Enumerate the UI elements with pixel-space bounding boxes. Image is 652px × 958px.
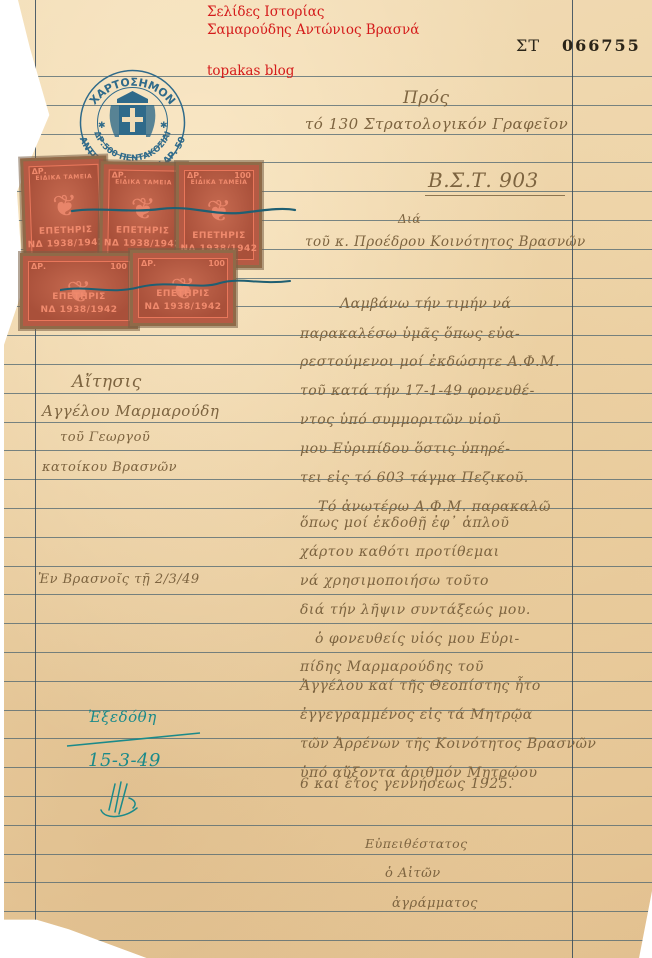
closing-illiterate-note: ἀγράμματος [392, 896, 478, 911]
body-line: νά χρησιμοποιήσω τοῦτο [300, 573, 489, 589]
closing-applicant: ὁ Αἰτῶν [385, 866, 441, 881]
stamp-header: ΕΙΔΙΚΑ ΤΑΜΕΙΑ [179, 179, 259, 186]
body-line: παρακαλέσω ὑμᾶς ὅπως εὐα- [300, 326, 520, 342]
application-title: Αἴτησις [72, 372, 142, 392]
closing-salutation: Εὐπειθέστατος [365, 836, 468, 851]
body-line: Τό ἀνωτέρω Α.Φ.Μ. παρακαλῶ [318, 499, 551, 515]
right-margin-line [572, 0, 573, 958]
body-line: ἐγγεγραμμένος εἰς τά Μητρῷα [300, 707, 533, 723]
svg-text:✱: ✱ [160, 121, 168, 131]
body-line: 6 καί ἔτος γεννήσεως 1925. [300, 776, 513, 792]
watermark-author: Σαμαρούδης Αντώνιος Βρασνά [207, 22, 419, 39]
stamp-header: ΕΙΔΙΚΑ ΤΑΜΕΙΑ [103, 178, 183, 186]
body-line: χάρτου καθότι προτίθεμαι [300, 544, 500, 560]
annotation-issued: Ἐξεδόθη [88, 708, 157, 726]
serial-value: 066755 [562, 36, 641, 55]
ruled-line [4, 911, 652, 912]
watermark-blog: topakas blog [207, 63, 294, 80]
body-line: τοῦ κατά τήν 17-1-49 φονευθέ- [300, 383, 535, 399]
ruled-line [4, 652, 652, 653]
left-margin-line [35, 0, 36, 958]
annotation-underline [65, 730, 205, 750]
ruled-line [4, 882, 652, 883]
body-line: Ἀγγέλου καί τῆς Θεοπίστης ἦτο [300, 678, 541, 694]
signature-icon [95, 780, 145, 825]
body-line: πίδης Μαρμαρούδης τοῦ [300, 659, 484, 675]
body-line: μου Εὐριπίδου ὅστις ὑπηρέ- [300, 441, 511, 457]
watermark-title: Σελίδες Ιστορίας [207, 4, 324, 21]
body-line: ρεστούμενοι μοί ἐκδώσητε Α.Φ.Μ. [300, 354, 560, 370]
recipient-office: τό 130 Στρατολογικόν Γραφεῖον [305, 115, 568, 133]
applicant-occupation: τοῦ Γεωργοῦ [60, 430, 150, 445]
body-line: τῶν Ἀρρένων τῆς Κοινότητος Βρασνῶν [300, 736, 596, 752]
place-and-date: Ἐν Βρασνοῖς τῇ 2/3/49 [38, 572, 200, 587]
ruled-line [4, 623, 652, 624]
body-line: διά τήν λῆψιν συντάξεώς μου. [300, 602, 531, 618]
body-line: τει εἰς τό 603 τάγμα Πεζικοῦ. [300, 470, 529, 486]
ruled-line [4, 854, 652, 855]
serial-prefix: ΣΤ [516, 36, 540, 55]
ruled-line [4, 594, 652, 595]
ruled-line [4, 537, 652, 538]
body-line: ὁ φονευθείς υἱός μου Εὐρι- [315, 631, 520, 647]
body-line: ντος ὑπό συμμοριτῶν υἱοῦ [300, 412, 501, 428]
serial-number: ΣΤ066755 [516, 36, 641, 55]
annotation-date: 15-3-49 [88, 750, 161, 771]
stamp-years: ΝΔ 1938/1942 [23, 305, 135, 315]
body-line: ὅπως μοί ἐκδοθῇ ἐφ᾽ ἁπλοῦ [300, 515, 509, 531]
cancellation-ink-strokes [60, 195, 320, 305]
ruled-line [4, 566, 652, 567]
svg-text:✱: ✱ [98, 121, 106, 131]
body-line: Λαμβάνω τήν τιμήν νά [340, 296, 511, 312]
ruled-line [4, 940, 652, 941]
via-recipient: τοῦ κ. Προέδρου Κοινότητος Βρασνῶν [305, 234, 586, 250]
applicant-residence: κατοίκου Βρασνῶν [42, 460, 177, 475]
applicant-name: Αγγέλου Μαρμαρούδη [42, 402, 219, 420]
stamp-currency: ΔΡ. [31, 262, 46, 271]
via-heading: Διά [398, 212, 421, 226]
ruled-line [4, 825, 652, 826]
to-heading: Πρός [403, 88, 450, 108]
reference-number: Β.Σ.Τ. 903 [428, 168, 539, 192]
reference-underline [425, 195, 565, 196]
